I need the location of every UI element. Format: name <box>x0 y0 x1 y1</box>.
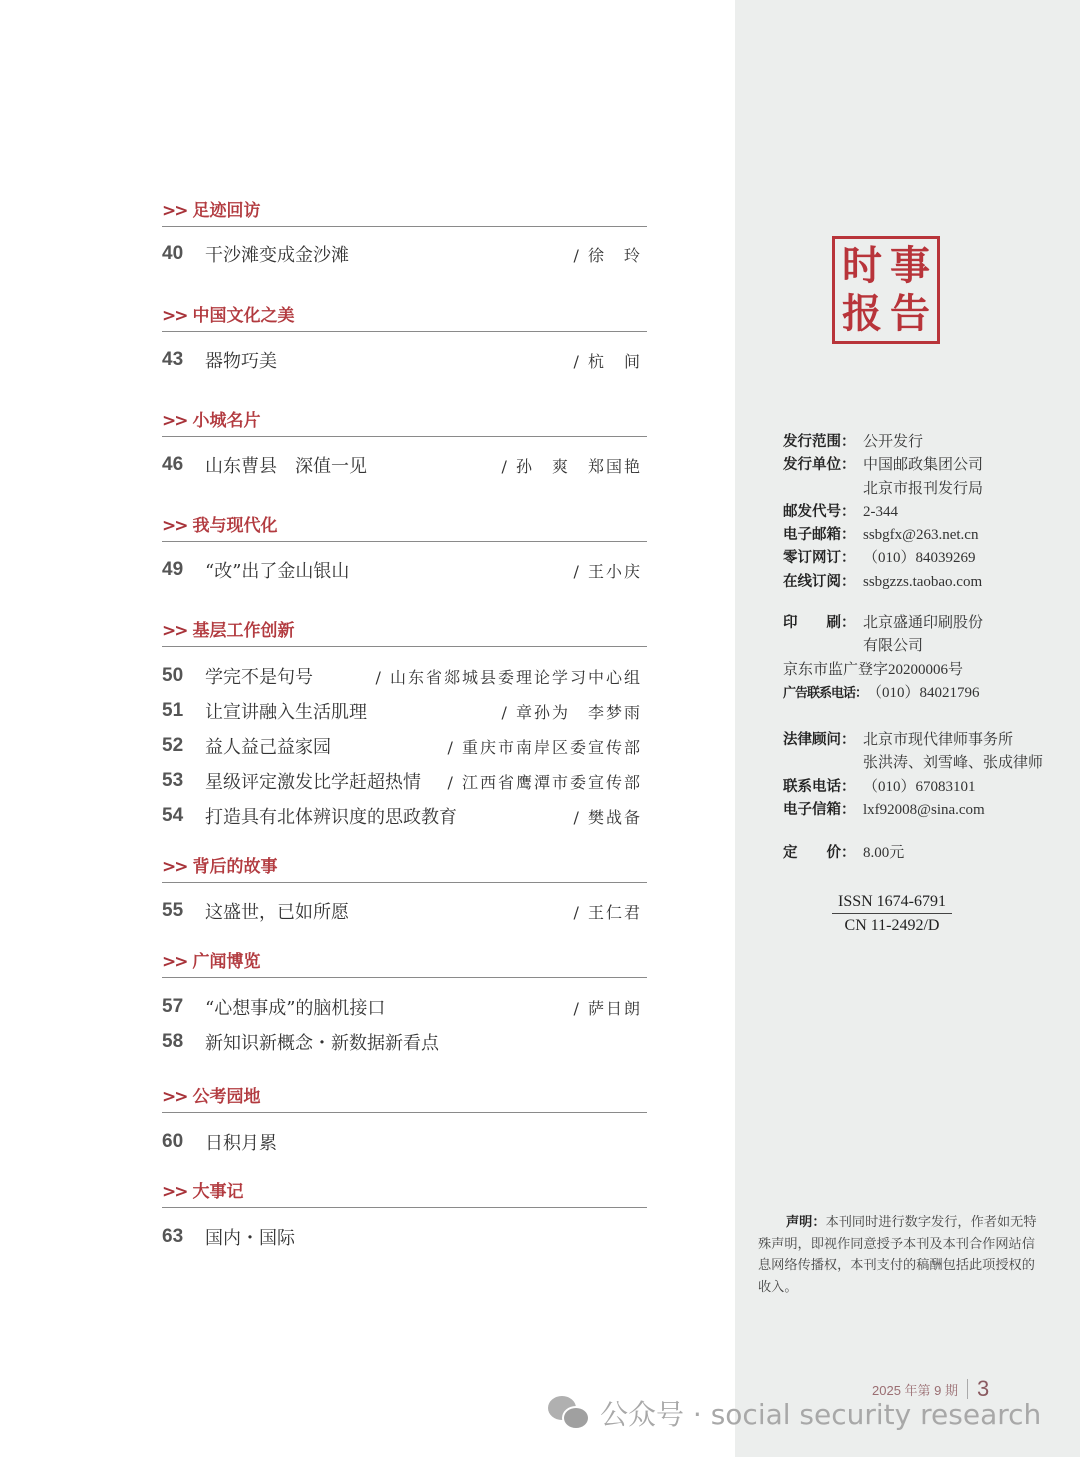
chevron-icon: >> <box>162 411 187 431</box>
section-header: >>公考园地 <box>162 1082 647 1113</box>
seal-char: 报 <box>838 290 886 338</box>
info-value: 中国邮政集团公司 <box>863 454 983 477</box>
article-author: / 山东省郯城县委理论学习中心组 <box>376 665 642 688</box>
info-value: 2-344 <box>863 501 898 524</box>
toc-entry[interactable]: 49 “改”出了金山银山 / 王小庆 <box>162 555 642 585</box>
page-number: 43 <box>162 349 205 371</box>
watermark-text: 公众号 · social security research <box>600 1393 1041 1433</box>
seal-char: 告 <box>886 290 934 338</box>
chevron-icon: >> <box>162 857 187 877</box>
info-value: （010）84039269 <box>863 547 976 570</box>
page-number: 63 <box>162 1226 205 1248</box>
section-header: >>基层工作创新 <box>162 616 647 647</box>
info-label: 邮发代号： <box>783 501 863 524</box>
chevron-icon: >> <box>162 306 187 326</box>
toc-entry[interactable]: 51 让宣讲融入生活肌理 / 章孙为 李梦雨 <box>162 696 642 726</box>
toc-entry[interactable]: 54 打造具有北体辨识度的思政教育 / 樊战备 <box>162 801 642 831</box>
section-title: 中国文化之美 <box>193 306 295 326</box>
page-number: 58 <box>162 1031 205 1053</box>
section-header: >>背后的故事 <box>162 852 647 883</box>
toc-entry[interactable]: 46 山东曹县 深值一见 / 孙 爽 郑国艳 <box>162 450 642 480</box>
section-title: 公考园地 <box>193 1087 261 1107</box>
price-value: 8.00元 <box>863 842 904 865</box>
article-author: / 重庆市南岸区委宣传部 <box>448 735 642 758</box>
page-number: 40 <box>162 243 205 265</box>
info-value: 北京市现代律师事务所 <box>863 729 1013 752</box>
publication-info-block-3: 法律顾问：北京市现代律师事务所 张洪涛、刘雪峰、张成律师 联系电话：（010）6… <box>783 729 1043 822</box>
page-number: 49 <box>162 559 205 581</box>
chevron-icon: >> <box>162 952 187 972</box>
publication-info-block-2: 印 刷：北京盛通印刷股份 有限公司 京东市监广登字20200006号 广告联系电… <box>783 612 983 705</box>
info-label: 在线订阅： <box>783 571 863 594</box>
info-label: 电子邮箱： <box>783 524 863 547</box>
toc-entry[interactable]: 55 这盛世，已如所愿 / 王仁君 <box>162 896 642 926</box>
info-value: 北京市报刊发行局 <box>783 478 983 501</box>
toc-entry[interactable]: 57 “心想事成”的脑机接口 / 萨日朗 <box>162 992 642 1022</box>
article-title: 新知识新概念・新数据新看点 <box>205 1029 642 1055</box>
toc-entry[interactable]: 60 日积月累 <box>162 1127 642 1157</box>
issn-block: ISSN 1674-6791 CN 11-2492/D <box>832 890 952 937</box>
article-title: 学完不是句号 <box>205 663 376 689</box>
section-title: 足迹回访 <box>193 201 261 221</box>
article-title: 星级评定激发比学赶超热情 <box>205 768 448 794</box>
article-title: 干沙滩变成金沙滩 <box>205 241 574 267</box>
article-title: 打造具有北体辨识度的思政教育 <box>205 803 574 829</box>
article-title: 益人益己益家园 <box>205 733 448 759</box>
email-link[interactable]: lxf92008@sina.com <box>863 799 985 822</box>
article-author: / 樊战备 <box>574 805 642 828</box>
toc-entry[interactable]: 50 学完不是句号 / 山东省郯城县委理论学习中心组 <box>162 661 642 691</box>
info-label: 联系电话： <box>783 776 863 799</box>
section-header: >>足迹回访 <box>162 196 647 227</box>
page-number: 55 <box>162 900 205 922</box>
page-number: 53 <box>162 770 205 792</box>
article-title: 日积月累 <box>205 1129 642 1155</box>
issn-number: ISSN 1674-6791 <box>832 890 952 914</box>
seal-char: 事 <box>886 242 934 290</box>
section-header: >>大事记 <box>162 1177 647 1208</box>
article-title: “心想事成”的脑机接口 <box>205 994 574 1020</box>
article-author: / 王小庆 <box>574 559 642 582</box>
cn-number: CN 11-2492/D <box>832 914 952 937</box>
email-link[interactable]: ssbgfx@263.net.cn <box>863 524 978 547</box>
info-label: 零订网订： <box>783 547 863 570</box>
article-title: 这盛世，已如所愿 <box>205 898 574 924</box>
chevron-icon: >> <box>162 201 187 221</box>
article-author: / 孙 爽 郑国艳 <box>502 454 642 477</box>
chevron-icon: >> <box>162 1087 187 1107</box>
toc-entry[interactable]: 52 益人益己益家园 / 重庆市南岸区委宣传部 <box>162 731 642 761</box>
section-title: 我与现代化 <box>193 516 278 536</box>
chevron-icon: >> <box>162 621 187 641</box>
price-label: 定 价： <box>783 842 863 865</box>
page-number: 51 <box>162 700 205 722</box>
section-title: 基层工作创新 <box>193 621 295 641</box>
info-value: 北京盛通印刷股份 <box>863 612 983 635</box>
info-value: （010）67083101 <box>863 776 976 799</box>
section-title: 广闻博览 <box>193 952 261 972</box>
page-number: 60 <box>162 1131 205 1153</box>
price-row: 定 价：8.00元 <box>783 842 904 865</box>
article-title: 国内・国际 <box>205 1224 642 1250</box>
toc-entry[interactable]: 40 干沙滩变成金沙滩 / 徐 玲 <box>162 239 642 269</box>
toc-entry[interactable]: 53 星级评定激发比学赶超热情 / 江西省鹰潭市委宣传部 <box>162 766 642 796</box>
publication-info-block-1: 发行范围：公开发行 发行单位：中国邮政集团公司 北京市报刊发行局 邮发代号：2-… <box>783 431 983 594</box>
chevron-icon: >> <box>162 1182 187 1202</box>
section-title: 大事记 <box>193 1182 244 1202</box>
section-title: 小城名片 <box>193 411 261 431</box>
wechat-watermark: 公众号 · social security research <box>548 1393 1041 1433</box>
info-value: 张洪涛、刘雪峰、张成律师 <box>783 752 1043 775</box>
toc-entry[interactable]: 58 新知识新概念・新数据新看点 <box>162 1027 642 1057</box>
info-label: 发行范围： <box>783 431 863 454</box>
notice-label: 声明： <box>786 1215 826 1230</box>
toc-entry[interactable]: 63 国内・国际 <box>162 1222 642 1252</box>
info-value: （010）84021796 <box>867 682 980 705</box>
page-number: 46 <box>162 454 205 476</box>
article-author: / 王仁君 <box>574 900 642 923</box>
page-number: 50 <box>162 665 205 687</box>
info-value: 有限公司 <box>783 635 923 658</box>
article-title: 器物巧美 <box>205 347 574 373</box>
info-value: 京东市监广登字20200006号 <box>783 659 963 682</box>
section-header: >>我与现代化 <box>162 511 647 542</box>
website-link[interactable]: ssbgzzs.taobao.com <box>863 571 982 594</box>
article-title: 山东曹县 深值一见 <box>205 452 502 478</box>
info-label: 印 刷： <box>783 612 863 635</box>
page-number: 52 <box>162 735 205 757</box>
section-header: >>广闻博览 <box>162 947 647 978</box>
copyright-notice: 声明：本刊同时进行数字发行，作者如无特殊声明，即视作同意授予本刊及本刊合作网站信… <box>758 1212 1043 1298</box>
article-title: 让宣讲融入生活肌理 <box>205 698 502 724</box>
article-author: / 徐 玲 <box>574 243 642 266</box>
magazine-seal-logo: 事 时 告 报 <box>832 236 940 344</box>
info-label: 广告联系电话： <box>783 682 867 705</box>
article-author: / 杭 间 <box>574 349 642 372</box>
info-value: 公开发行 <box>863 431 923 454</box>
seal-char: 时 <box>838 242 886 290</box>
toc-entry[interactable]: 43 器物巧美 / 杭 间 <box>162 345 642 375</box>
article-title: “改”出了金山银山 <box>205 557 574 583</box>
info-label: 法律顾问： <box>783 729 863 752</box>
chevron-icon: >> <box>162 516 187 536</box>
info-label: 电子信箱： <box>783 799 863 822</box>
wechat-icon <box>548 1396 592 1430</box>
article-author: / 章孙为 李梦雨 <box>502 700 642 723</box>
article-author: / 江西省鹰潭市委宣传部 <box>448 770 642 793</box>
page-number: 57 <box>162 996 205 1018</box>
section-header: >>小城名片 <box>162 406 647 437</box>
section-title: 背后的故事 <box>193 857 278 877</box>
info-label: 发行单位： <box>783 454 863 477</box>
page-number: 54 <box>162 805 205 827</box>
article-author: / 萨日朗 <box>574 996 642 1019</box>
section-header: >>中国文化之美 <box>162 301 647 332</box>
